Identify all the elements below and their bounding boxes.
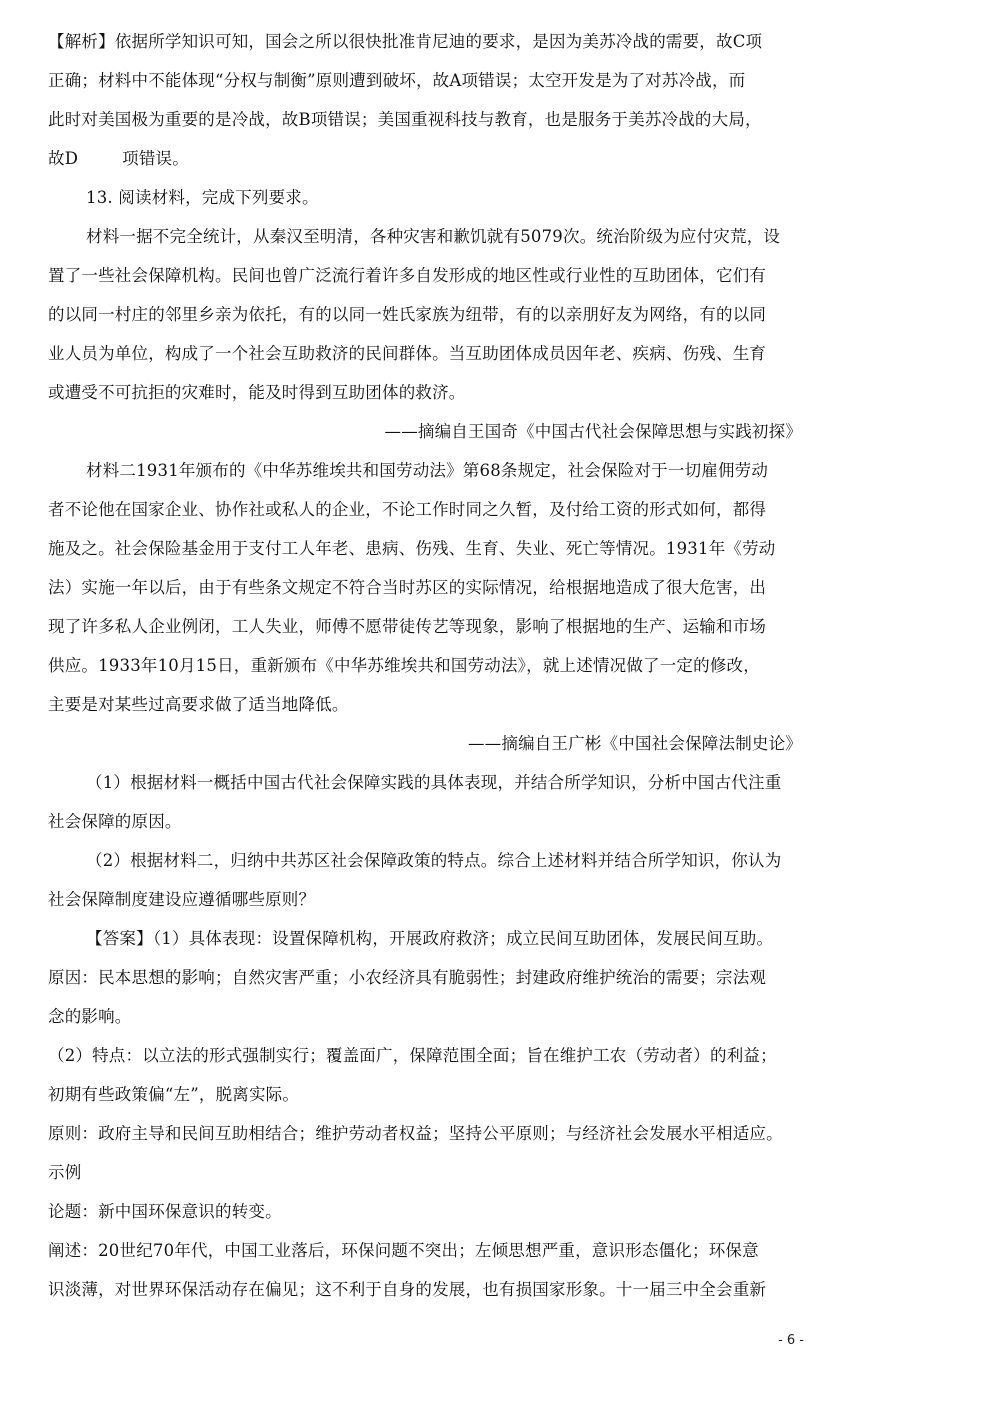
material-2-line-2: 者不论他在国家企业、协作社或私人的企业，不论工作时同之久暂，及付给工资的形式如何… — [48, 490, 802, 529]
material-2-line-5: 现了许多私人企业例闭，工人失业，师傅不愿带徒传艺等现象，影响了根据地的生产、运输… — [48, 607, 802, 646]
answer-line-7: 示例 — [48, 1153, 802, 1192]
sub-question-1-line-2: 社会保障的原因。 — [48, 802, 802, 841]
document-page: 【解析】依据所学知识可知，国会之所以很快批准肯尼迪的要求，是因为美苏冷战的需要，… — [48, 22, 802, 1309]
material-2-line-1: 材料二1931年颁布的《中华苏维埃共和国劳动法》第68条规定，社会保险对于一切雇… — [48, 451, 802, 490]
answer-label: 【答案】 — [86, 929, 153, 948]
material-1-line-3: 的以同一村庄的邻里乡亲为依托，有的以同一姓氏家族为纽带，有的以亲朋好友为网络，有… — [48, 295, 802, 334]
material-2-line-7: 主要是对某些过高要求做了适当地降低。 — [48, 685, 802, 724]
analysis-label: 【解析】 — [48, 32, 115, 51]
material-1-line-4: 业人员为单位，构成了一个社会互助救济的民间群体。当互助团体成员因年老、疾病、伤残… — [48, 334, 802, 373]
answer-line-5: 初期有些政策偏“左”，脱离实际。 — [48, 1075, 802, 1114]
material-2-line-6: 供应。1933年10月15日，重新颁布《中华苏维埃共和国劳动法》，就上述情况做了… — [48, 646, 802, 685]
analysis-last-prefix: 故D — [48, 149, 78, 168]
analysis-last-suffix: 项错误。 — [122, 149, 189, 168]
answer-line-4: （2）特点：以立法的形式强制实行；覆盖面广，保障范围全面；旨在维护工农（劳动者）… — [48, 1036, 802, 1075]
sub-question-2-line-1: （2）根据材料二，归纳中共苏区社会保障政策的特点。综合上述材料并结合所学知识，你… — [48, 841, 802, 880]
analysis-line-4: 故D项错误。 — [48, 139, 802, 178]
sub-question-2-line-2: 社会保障制度建设应遵循哪些原则？ — [48, 880, 802, 919]
answer-text: （1）具体表现：设置保障机构，开展政府救济；成立民间互助团体，发展民间互助。 — [153, 929, 773, 948]
material-2-line-4: 法）实施一年以后，由于有些条文规定不符合当时苏区的实际情况，给根据地造成了很大危… — [48, 568, 802, 607]
answer-line-1: 【答案】（1）具体表现：设置保障机构，开展政府救济；成立民间互助团体，发展民间互… — [48, 919, 802, 958]
question-number: 13. — [86, 188, 113, 207]
answer-line-2: 原因：民本思想的影响；自然灾害严重；小农经济具有脆弱性；封建政府维护统治的需要；… — [48, 958, 802, 997]
question-heading: 13. 阅读材料，完成下列要求。 — [48, 178, 802, 217]
analysis-text: 依据所学知识可知，国会之所以很快批准肯尼迪的要求，是因为美苏冷战的需要，故C项 — [115, 32, 762, 51]
material-1-source: ——摘编自王国奇《中国古代社会保障思想与实践初探》 — [48, 412, 802, 451]
question-prompt: 阅读材料，完成下列要求。 — [118, 188, 318, 207]
answer-line-10: 识淡薄，对世界环保活动存在偏见；这不利于自身的发展，也有损国家形象。十一届三中全… — [48, 1270, 802, 1309]
analysis-line-3: 此时对美国极为重要的是冷战，故B项错误；美国重视科技与教育，也是服务于美苏冷战的… — [48, 100, 802, 139]
material-2-line-3: 施及之。社会保险基金用于支付工人年老、患病、伤残、生育、失业、死亡等情况。193… — [48, 529, 802, 568]
answer-line-6: 原则：政府主导和民间互助相结合；维护劳动者权益；坚持公平原则；与经济社会发展水平… — [48, 1114, 802, 1153]
sub-question-1-line-1: （1）根据材料一概括中国古代社会保障实践的具体表现，并结合所学知识，分析中国古代… — [48, 763, 802, 802]
analysis-line-2: 正确；材料中不能体现“分权与制衡”原则遭到破坏，故A项错误；太空开发是为了对苏冷… — [48, 61, 802, 100]
answer-line-8: 论题：新中国环保意识的转变。 — [48, 1192, 802, 1231]
answer-line-3: 念的影响。 — [48, 997, 802, 1036]
analysis-line-1: 【解析】依据所学知识可知，国会之所以很快批准肯尼迪的要求，是因为美苏冷战的需要，… — [48, 22, 802, 61]
page-number: - 6 - — [778, 1333, 804, 1348]
material-2-source: ——摘编自王广彬《中国社会保障法制史论》 — [48, 724, 802, 763]
answer-line-9: 阐述：20世纪70年代，中国工业落后，环保问题不突出；左倾思想严重，意识形态僵化… — [48, 1231, 802, 1270]
material-1-line-2: 置了一些社会保障机构。民间也曾广泛流行着许多自发形成的地区性或行业性的互助团体，… — [48, 256, 802, 295]
material-1-line-5: 或遭受不可抗拒的灾难时，能及时得到互助团体的救济。 — [48, 373, 802, 412]
material-1-line-1: 材料一据不完全统计，从秦汉至明清，各种灾害和歉饥就有5079次。统治阶级为应付灾… — [48, 217, 802, 256]
